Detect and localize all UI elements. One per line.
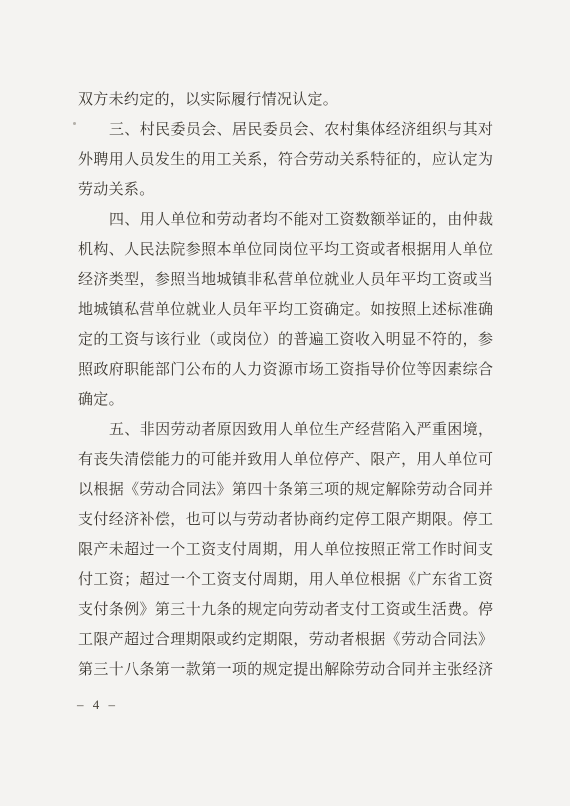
text-line: 四、用人单位和劳动者均不能对工资数额举证的，由仲裁 bbox=[78, 205, 493, 235]
text-line: 限产未超过一个工资支付周期，用人单位按照正常工作时间支 bbox=[78, 535, 493, 565]
text-line: 付工资；超过一个工资支付周期，用人单位根据《广东省工资 bbox=[78, 565, 493, 595]
text-line: 双方未约定的，以实际履行情况认定。 bbox=[78, 85, 493, 115]
text-line: 支付条例》第三十九条的规定向劳动者支付工资或生活费。停 bbox=[78, 595, 493, 625]
document-body: 双方未约定的，以实际履行情况认定。三、村民委员会、居民委员会、农村集体经济组织与… bbox=[78, 85, 493, 685]
text-line: 外聘用人员发生的用工关系，符合劳动关系特征的，应认定为 bbox=[78, 145, 493, 175]
text-line: 确定。 bbox=[78, 385, 493, 415]
text-line: 五、非因劳动者原因致用人单位生产经营陷入严重困境， bbox=[78, 415, 493, 445]
text-line: 劳动关系。 bbox=[78, 175, 493, 205]
scan-speck bbox=[73, 122, 76, 125]
text-line: 地城镇私营单位就业人员年平均工资确定。如按照上述标准确 bbox=[78, 295, 493, 325]
text-line: 定的工资与该行业（或岗位）的普遍工资收入明显不符的，参 bbox=[78, 325, 493, 355]
text-line: 经济类型，参照当地城镇非私营单位就业人员年平均工资或当 bbox=[78, 265, 493, 295]
text-line: 支付经济补偿，也可以与劳动者协商约定停工限产期限。停工 bbox=[78, 505, 493, 535]
page-number: – 4 – bbox=[77, 696, 118, 714]
text-line: 第三十八条第一款第一项的规定提出解除劳动合同并主张经济 bbox=[78, 655, 493, 685]
document-page: 双方未约定的，以实际履行情况认定。三、村民委员会、居民委员会、农村集体经济组织与… bbox=[0, 0, 570, 806]
text-line: 工限产超过合理期限或约定期限，劳动者根据《劳动合同法》 bbox=[78, 625, 493, 655]
text-line: 有丧失清偿能力的可能并致用人单位停产、限产，用人单位可 bbox=[78, 445, 493, 475]
text-line: 机构、人民法院参照本单位同岗位平均工资或者根据用人单位 bbox=[78, 235, 493, 265]
text-line: 三、村民委员会、居民委员会、农村集体经济组织与其对 bbox=[78, 115, 493, 145]
text-line: 照政府职能部门公布的人力资源市场工资指导价位等因素综合 bbox=[78, 355, 493, 385]
text-line: 以根据《劳动合同法》第四十条第三项的规定解除劳动合同并 bbox=[78, 475, 493, 505]
